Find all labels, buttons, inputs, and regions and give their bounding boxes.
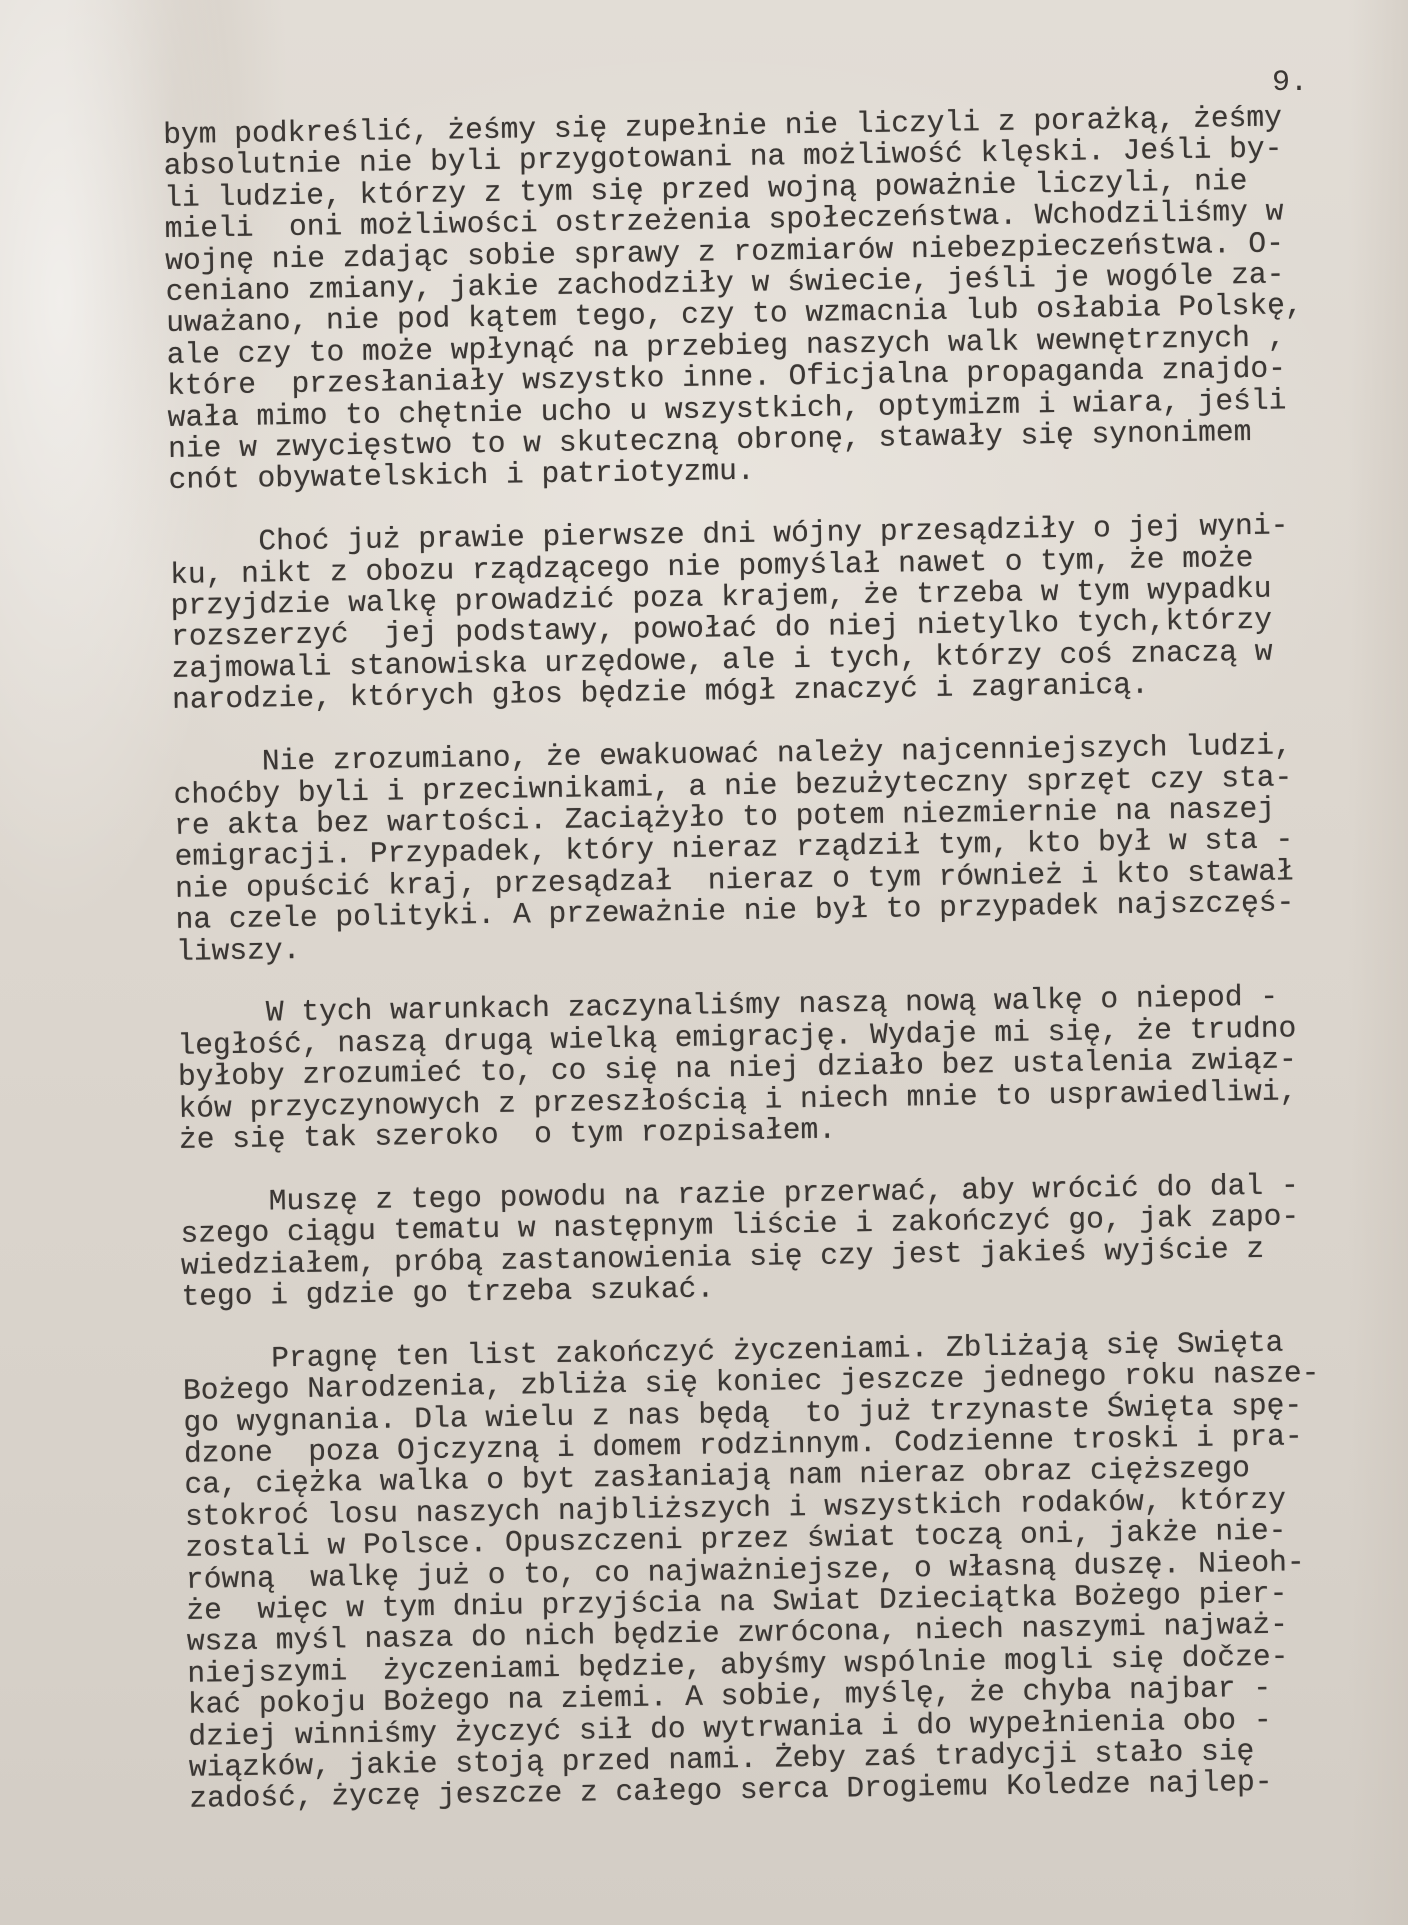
paragraph-6: Pragnę ten list zakończyć życzeniami. Zb… [182, 1325, 1408, 1815]
paragraph-4: W tych warunkach zaczynaliśmy naszą nową… [177, 980, 1399, 1156]
paragraph-2: Choć już prawie pierwsze dni wójny przes… [169, 509, 1392, 717]
letter-body: bym podkreślić, żeśmy się zupełnie nie l… [163, 101, 1408, 1847]
typewritten-page: 9. bym podkreślić, żeśmy się zupełnie ni… [0, 0, 1408, 1925]
paragraph-5: Muszę z tego powodu na razie przerwać, a… [180, 1168, 1402, 1313]
page-number: 9. [1272, 66, 1308, 100]
paragraph-3: Nie zrozumiano, że ewakuować należy najc… [173, 729, 1396, 968]
paragraph-1: bym podkreślić, żeśmy się zupełnie nie l… [163, 101, 1389, 497]
